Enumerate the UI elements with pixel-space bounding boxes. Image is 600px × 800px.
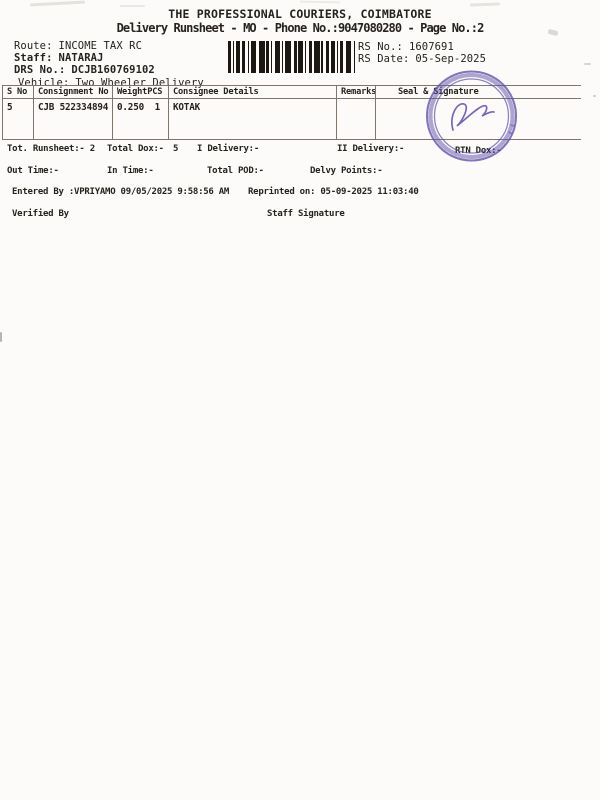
i-delivery-label: I Delivery:- <box>197 144 259 154</box>
route-value: INCOME TAX RC <box>59 40 142 52</box>
cell-consignee: KOTAK <box>169 99 337 139</box>
rs-date-line: RS Date:05-Sep-2025 <box>358 53 486 65</box>
rs-no-label: RS No.: <box>358 41 403 53</box>
col-header-weight-pcs: WeightPCS <box>113 86 169 99</box>
cell-s-no: 5 <box>3 99 34 139</box>
col-header-pcs: PCS <box>147 87 162 98</box>
staff-line: Staff:NATARAJ <box>14 52 103 64</box>
staff-value: NATARAJ <box>59 52 104 64</box>
route-label: Route: <box>14 40 53 52</box>
col-header-consignee: Consignee Details <box>169 86 337 99</box>
out-time-label: Out Time:- <box>7 166 59 176</box>
total-dox-label: Total Dox:- <box>107 144 164 154</box>
barcode <box>228 41 355 73</box>
cell-seal-signature <box>376 99 581 139</box>
page-subtitle: Delivery Runsheet - MO - Phone No.:90470… <box>0 21 600 35</box>
delvy-points-label: Delvy Points:- <box>310 166 382 176</box>
cell-weight-pcs: 0.2501 <box>113 99 169 139</box>
staff-signature-label: Staff Signature <box>267 209 345 219</box>
col-header-seal-signature: Seal & Signature <box>376 86 581 99</box>
drs-no-value: DCJB160769102 <box>71 64 154 76</box>
total-runsheet: Tot. Runsheet:- 2 <box>7 144 95 154</box>
page-title: THE PROFESSIONAL COURIERS, COIMBATORE <box>0 7 600 21</box>
barcode-bar <box>354 41 356 73</box>
scan-smudge <box>470 2 500 6</box>
scan-smudge <box>0 332 2 342</box>
drs-line: DRS No.:DCJB160769102 <box>14 64 155 76</box>
drs-no-label: DRS No.: <box>14 64 65 76</box>
ii-delivery-label: II Delivery:- <box>337 144 404 154</box>
rtn-dox-label: RTN Dox:- <box>455 146 502 156</box>
cell-weight: 0.250 <box>117 102 144 139</box>
total-runsheet-value: 2 <box>90 144 95 154</box>
cell-consignment-no: CJB 522334894 <box>34 99 113 139</box>
total-runsheet-label: Tot. Runsheet:- <box>7 144 85 154</box>
entered-by: Entered By :VPRIYAMO 09/05/2025 9:58:56 … <box>12 187 229 197</box>
staff-label: Staff: <box>14 52 53 64</box>
rs-date-value: 05-Sep-2025 <box>415 53 486 65</box>
rs-no-value: 1607691 <box>409 41 454 53</box>
rs-date-label: RS Date: <box>358 53 409 65</box>
scan-smudge <box>30 1 85 7</box>
cell-pcs: 1 <box>155 102 160 139</box>
rs-no-line: RS No.:1607691 <box>358 41 454 53</box>
consignment-table: S No Consignment No WeightPCS Consignee … <box>2 85 581 140</box>
total-dox-value: 5 <box>173 144 178 154</box>
scan-smudge <box>593 95 596 97</box>
route-line: Route:INCOME TAX RC <box>14 40 142 52</box>
scan-smudge <box>300 1 340 4</box>
total-pod-label: Total POD:- <box>207 166 264 176</box>
col-header-consignment-no: Consignment No <box>34 86 113 99</box>
col-header-s-no: S No <box>3 86 34 99</box>
col-header-weight: Weight <box>117 87 147 98</box>
verified-by-label: Verified By <box>12 209 69 219</box>
scan-smudge <box>584 63 591 65</box>
in-time-label: In Time:- <box>107 166 154 176</box>
cell-remarks <box>337 99 376 139</box>
reprinted-on: Reprinted on: 05-09-2025 11:03:40 <box>248 187 419 197</box>
col-header-remarks: Remarks <box>337 86 376 99</box>
runsheet-document: THE PROFESSIONAL COURIERS, COIMBATORE De… <box>0 0 600 800</box>
